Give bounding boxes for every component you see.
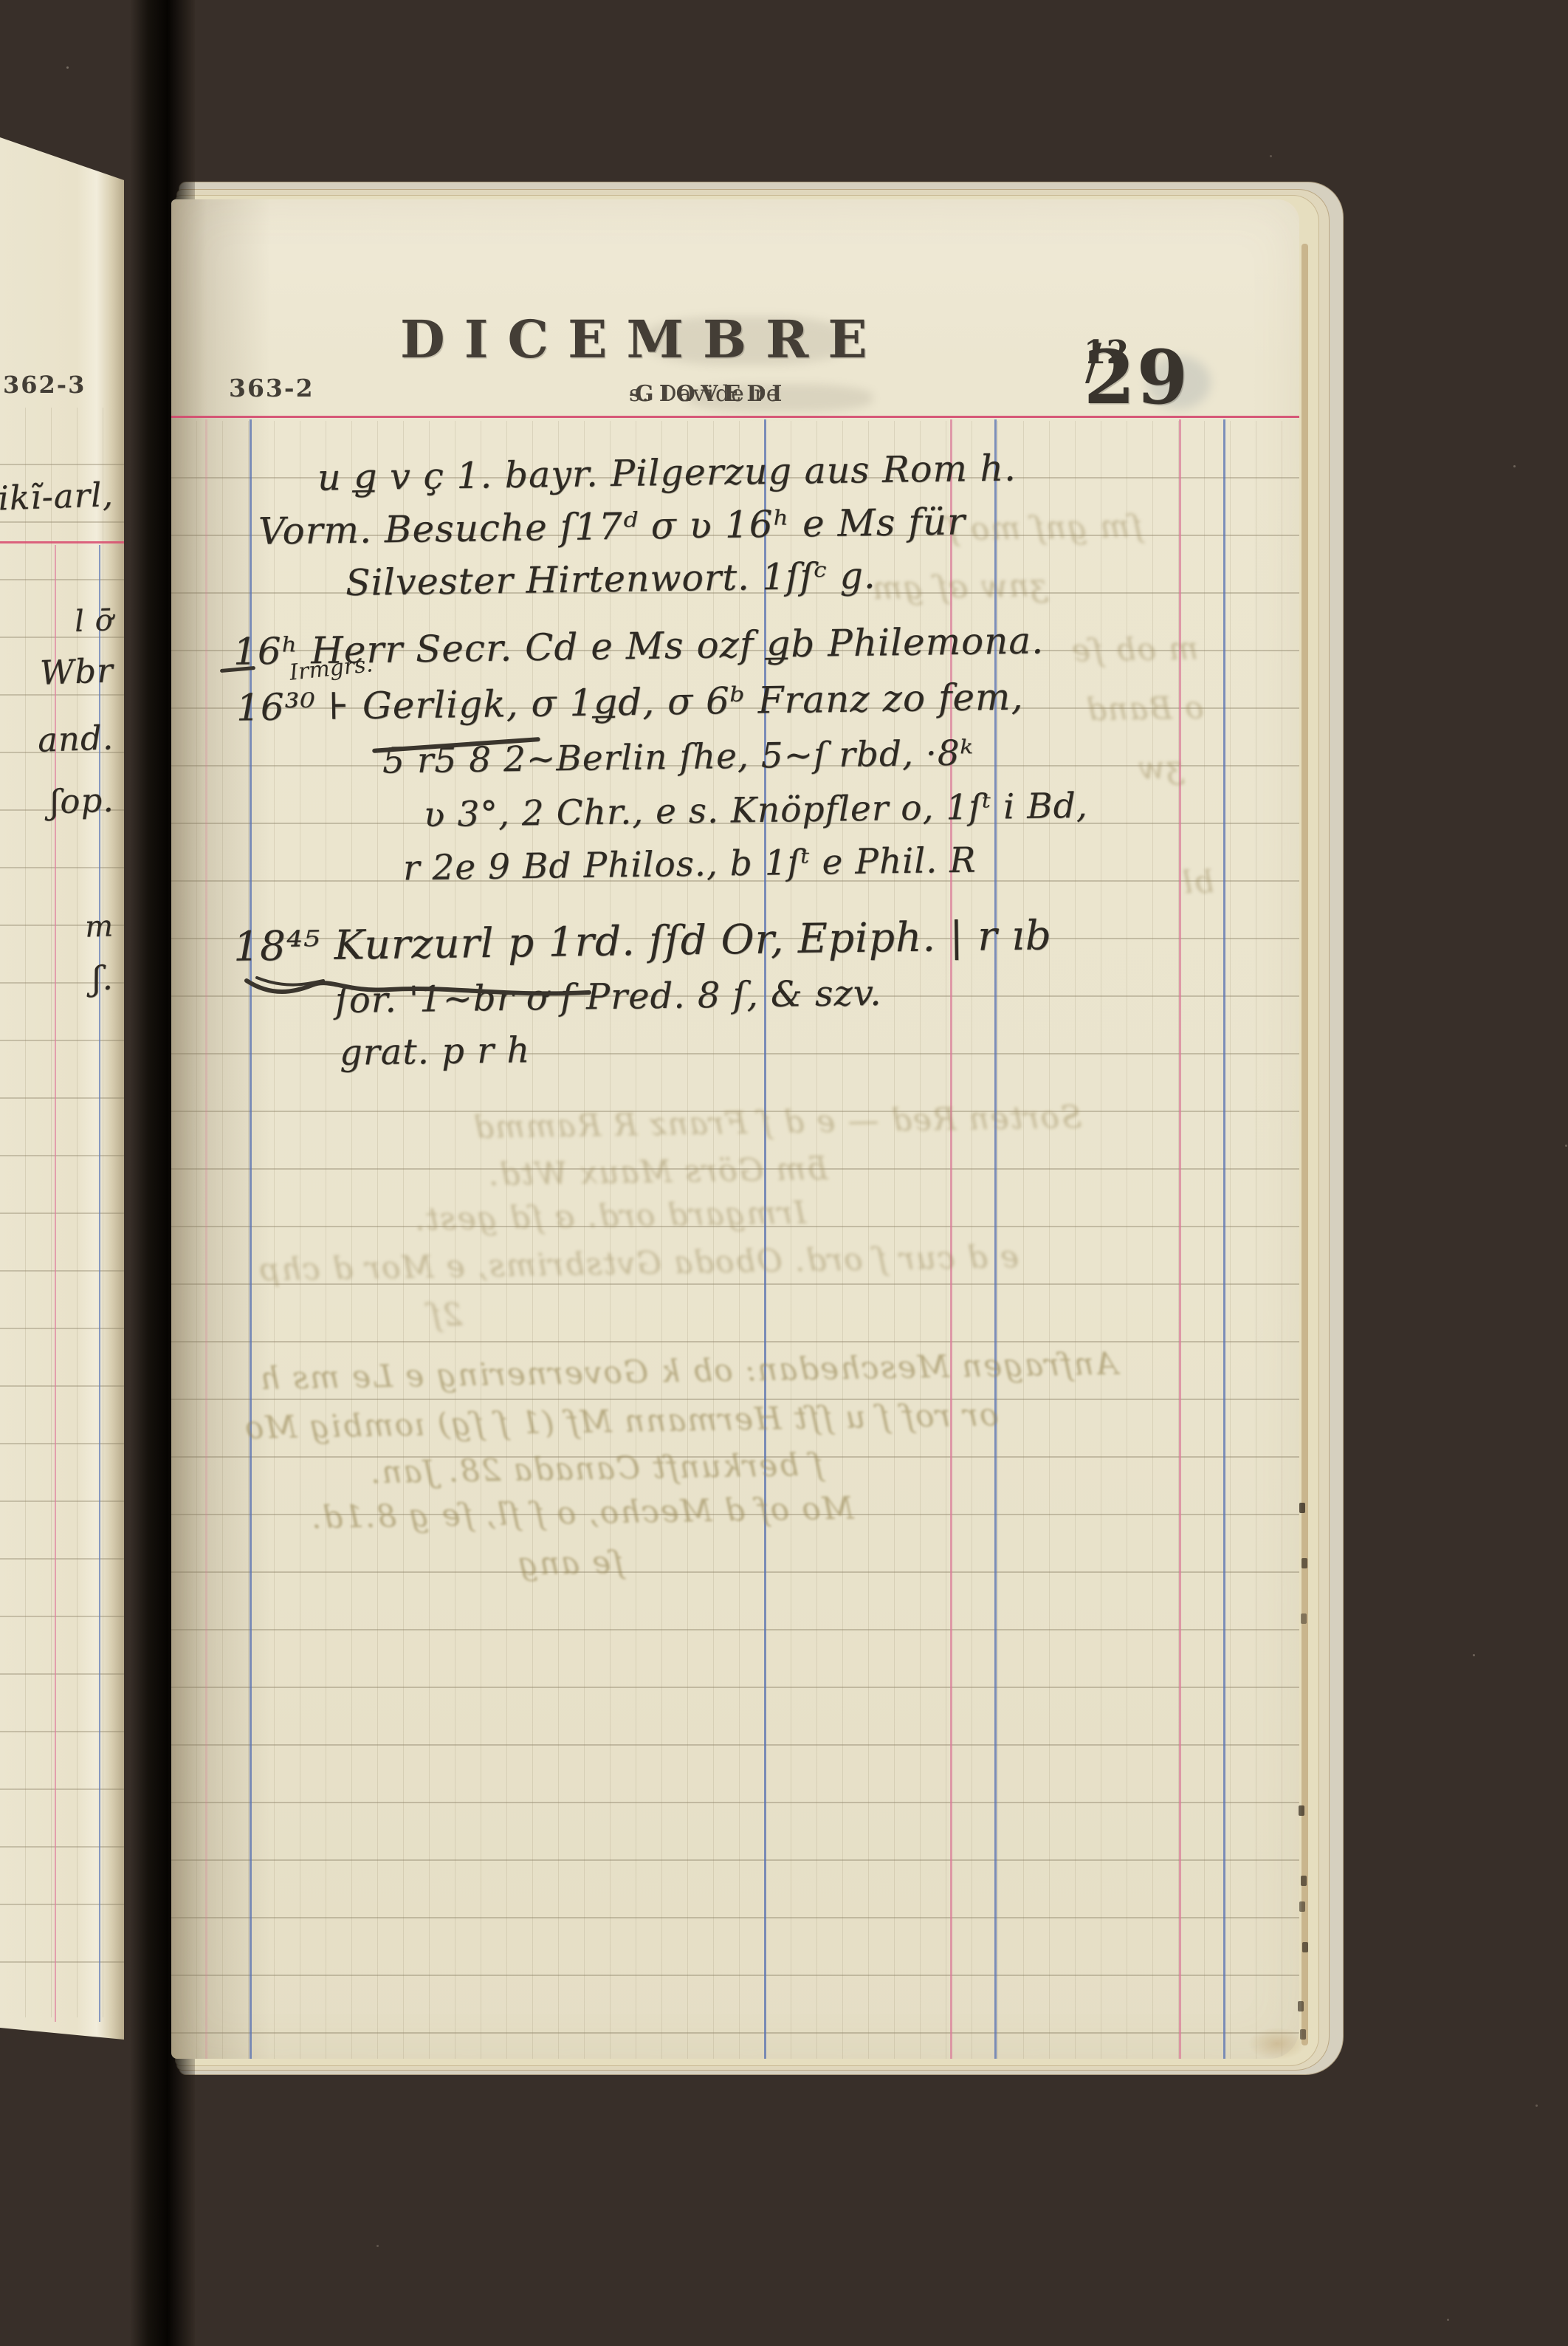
bleedthrough-writing: Irmgard ord. ɞ ſd gest. xyxy=(413,1194,807,1237)
bleedthrough-writing: o Band xyxy=(1085,690,1204,728)
handwriting-fragment: ʃop. xyxy=(49,781,114,822)
handwriting-fragment: l ơ̄ xyxy=(75,603,114,639)
bleedthrough-writing: bl xyxy=(1181,864,1214,901)
ink-underline-flourish xyxy=(242,967,596,1001)
handwriting-fragment: Wbr xyxy=(40,651,114,692)
bleedthrough-writing: ʒnw ɞſ gm xyxy=(871,567,1048,606)
diary-entry-line: 5̄ r5 8 2~Berlin ſhe, 5~ſ rbd, ·8ᵏ xyxy=(382,733,974,781)
diary-entry-line: Silvester Hirtenwort. 1ſſᶜ g. xyxy=(345,555,876,604)
previous-page-number: 362-3 xyxy=(3,371,86,399)
bleedthrough-writing: m ob ſe xyxy=(1070,630,1199,668)
previous-page-ruling-grid xyxy=(0,408,124,2017)
bleedthrough-writing: ʒw xyxy=(1137,749,1185,786)
handwriting-fragment: m xyxy=(84,909,114,944)
fore-edge-band xyxy=(1301,244,1308,2045)
handwriting-fragment: likĩ-arl, xyxy=(0,475,114,518)
previous-page-strip: 362-3 likĩ-arl, l ơ̄ Wbr and. ʃop. m ʃ. xyxy=(0,137,124,2051)
page-number: 363-2 xyxy=(229,374,314,402)
previous-page-pink-rule xyxy=(55,545,56,2022)
month-number: 12 xyxy=(1084,334,1129,371)
month-title: DICEMBRE xyxy=(400,309,862,370)
bleedthrough-writing: ſe ang xyxy=(517,1544,625,1582)
background-speckles xyxy=(66,66,69,69)
diary-entry-line: r 2e 9 Bd Philos., b 1ſᵗ e Phil. R xyxy=(403,840,977,889)
page-corner-stain xyxy=(1248,2027,1307,2060)
bleedthrough-writing: 2ſ xyxy=(428,1297,463,1334)
bleedthrough-writing: ƃm Görs Maux Wtd. xyxy=(487,1150,828,1193)
previous-page-blue-rule xyxy=(99,545,100,2022)
fore-edge-ink-specks xyxy=(1299,1503,1305,1513)
margin-rule-pink xyxy=(205,419,207,2059)
previous-page-header-rule xyxy=(0,541,124,543)
handwriting-fragment: ʃ. xyxy=(92,958,114,998)
weekday-name: GIOVEDI xyxy=(635,381,788,407)
bleedthrough-writing: ſm gnſ mo ſ xyxy=(945,508,1143,548)
column-rule-blue xyxy=(1223,419,1225,2059)
photo-of-diary: { "left_page": { "page_ref": "362-3", "f… xyxy=(0,0,1568,2346)
handwriting-fragment: and. xyxy=(37,718,114,760)
diary-entry-line: grat. p r h xyxy=(340,1029,531,1074)
header-rule-pink xyxy=(171,416,1299,418)
diary-page: DICEMBRE s. Davide re - GIOVEDI 363-2 29… xyxy=(171,199,1299,2059)
